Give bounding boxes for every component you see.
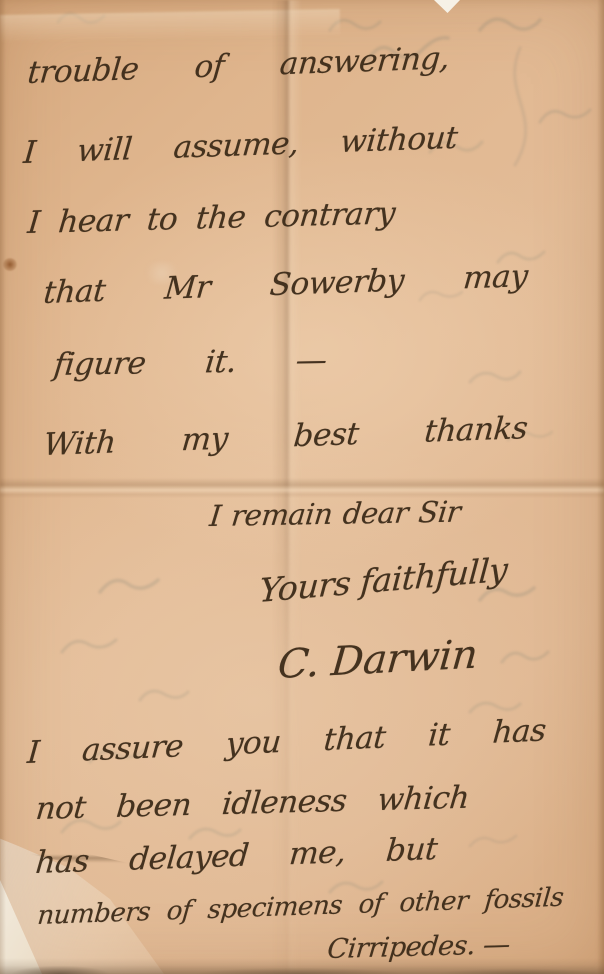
postscript-line-2: not been idleness which bbox=[34, 781, 471, 828]
body-line-5: figure it. — bbox=[52, 343, 328, 383]
postscript-line-5: Cirripedes. — bbox=[326, 929, 511, 965]
postscript-line-3: has delayed me, but bbox=[34, 832, 439, 882]
paper-edge-right bbox=[597, 0, 604, 974]
postscript-line-1: I assure you that it has bbox=[26, 714, 547, 772]
letter-scan: trouble of answering, I will assume, wit… bbox=[0, 0, 604, 974]
thanks-line: With my best thanks bbox=[42, 411, 529, 463]
signature: C. Darwin bbox=[276, 632, 479, 688]
closing-line-2: Yours faithfully bbox=[258, 551, 509, 610]
paper-notch-top bbox=[434, 0, 460, 13]
body-line-2: I will assume, without bbox=[22, 121, 459, 172]
body-line-1: trouble of answering, bbox=[26, 41, 451, 91]
body-line-4: that Mr Sowerby may bbox=[42, 259, 529, 311]
stain-spot bbox=[3, 258, 17, 271]
paper-edge-left bbox=[0, 0, 6, 974]
closing-line-1: I remain dear Sir bbox=[208, 496, 462, 534]
paper-edge-bottom bbox=[0, 958, 604, 974]
fold-crease-horizontal bbox=[0, 478, 604, 498]
fold-highlight-top bbox=[0, 9, 340, 43]
postscript-line-4: numbers of specimens of other fossils bbox=[36, 884, 565, 932]
body-line-3: I hear to the contrary bbox=[26, 196, 396, 241]
